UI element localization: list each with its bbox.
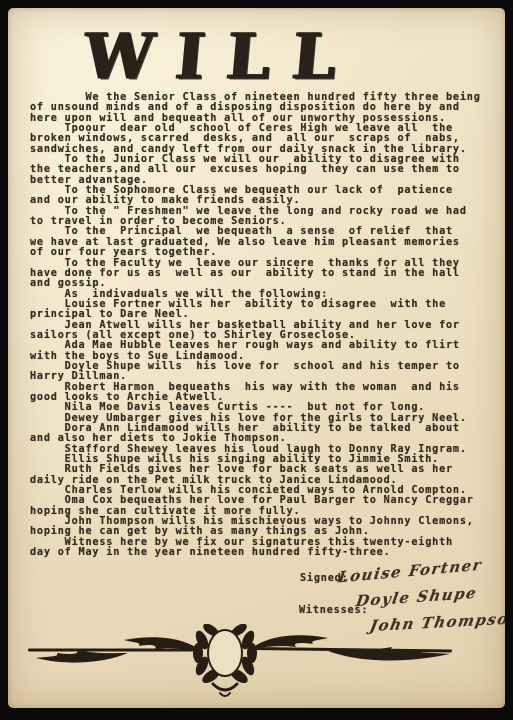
laurel-wreath-divider-icon — [8, 624, 505, 708]
will-body-text: We the Senior Class of nineteen hundred … — [30, 93, 496, 558]
photo-frame: WILL We the Senior Class of nineteen hun… — [0, 0, 513, 720]
page-title: WILL — [81, 23, 361, 90]
will-document-page: WILL We the Senior Class of nineteen hun… — [8, 8, 505, 708]
witness-signature-1: Doyle Shupe — [355, 584, 479, 611]
signed-signature: Louise Fortner — [337, 556, 484, 587]
oval-medallion-icon — [208, 630, 242, 676]
